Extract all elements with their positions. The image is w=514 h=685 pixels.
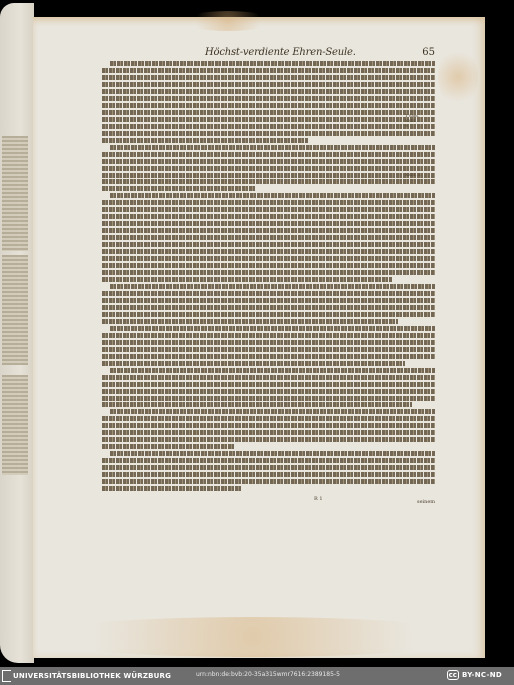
text-line — [102, 465, 435, 470]
running-title: Höchst-verdiente Ehren-Seule. — [205, 47, 356, 58]
scanned-page: Höchst-verdiente Ehren-Seule. 65 1 Sam. … — [33, 17, 485, 658]
text-line — [110, 451, 435, 456]
document-viewer: Höchst-verdiente Ehren-Seule. 65 1 Sam. … — [0, 0, 514, 667]
text-line — [102, 396, 435, 401]
signature-mark: R 1 — [314, 496, 323, 502]
text-line — [102, 340, 435, 345]
page-number: 65 — [422, 47, 435, 58]
text-line — [102, 437, 435, 442]
text-line — [102, 375, 435, 380]
bleed-through-text — [2, 255, 28, 365]
library-logo[interactable]: UNIVERSITÄTSBIBLIOTHEK WÜRZBURG — [2, 670, 171, 682]
text-line — [102, 242, 435, 247]
library-logo-icon — [2, 670, 11, 682]
text-line — [102, 444, 235, 449]
text-line — [102, 270, 435, 275]
text-line — [102, 361, 405, 366]
margin-note: 1 Sam. XXIII. 9. — [405, 113, 445, 128]
text-line — [102, 138, 308, 143]
text-line — [102, 89, 435, 94]
bleed-through-text — [2, 375, 28, 475]
text-line — [110, 193, 435, 198]
text-line — [102, 186, 255, 191]
text-line — [102, 319, 398, 324]
text-line — [102, 166, 435, 171]
bleed-through-text — [2, 136, 28, 251]
text-line — [102, 75, 435, 80]
text-line — [102, 382, 435, 387]
text-line — [102, 110, 435, 115]
urn-identifier[interactable]: urn:nbn:de:bvb:20-35a315wmr7616:2389185-… — [196, 671, 340, 678]
text-line — [102, 305, 435, 310]
text-line — [102, 277, 392, 282]
text-line — [102, 333, 435, 338]
text-line — [102, 159, 435, 164]
text-line — [110, 409, 435, 414]
paper-stain — [23, 617, 483, 657]
text-line — [102, 173, 435, 178]
text-line — [102, 347, 435, 352]
paper-stain — [438, 47, 478, 107]
library-name: UNIVERSITÄTSBIBLIOTHEK WÜRZBURG — [13, 672, 171, 680]
text-line — [102, 68, 435, 73]
margin-note: XXIII. 2. — [405, 172, 445, 177]
text-line — [102, 249, 435, 254]
text-line — [102, 152, 435, 157]
text-line — [102, 207, 435, 212]
text-line — [102, 479, 435, 484]
creative-commons-icon: cc — [447, 670, 459, 680]
running-head: Höchst-verdiente Ehren-Seule. 65 — [135, 47, 435, 61]
text-line — [102, 472, 435, 477]
text-line — [102, 214, 435, 219]
text-line — [102, 486, 242, 491]
text-line — [102, 96, 435, 101]
text-line — [102, 124, 435, 129]
text-line — [110, 145, 435, 150]
text-line — [102, 291, 435, 296]
license-text: BY-NC-ND — [462, 671, 502, 679]
text-line — [102, 416, 435, 421]
previous-page-edge — [0, 3, 34, 663]
text-line — [102, 221, 435, 226]
text-line — [110, 284, 435, 289]
text-line — [102, 179, 435, 184]
text-line — [102, 389, 435, 394]
body-text — [102, 61, 435, 495]
margin-notes: 1 Sam. XXIII. 9. XXIII. 2. — [405, 113, 445, 221]
text-line — [102, 235, 435, 240]
text-line — [102, 430, 435, 435]
text-line — [102, 117, 435, 122]
catchword: seinem — [417, 499, 435, 505]
text-line — [102, 131, 435, 136]
text-line — [102, 458, 435, 463]
text-line — [102, 354, 435, 359]
text-line — [102, 298, 435, 303]
text-line — [102, 256, 435, 261]
footer-bar: UNIVERSITÄTSBIBLIOTHEK WÜRZBURG urn:nbn:… — [0, 667, 514, 685]
text-line — [102, 103, 435, 108]
text-line — [102, 402, 412, 407]
paper-stain — [183, 11, 273, 31]
text-line — [102, 263, 435, 268]
text-line — [102, 228, 435, 233]
text-line — [102, 423, 435, 428]
text-line — [102, 312, 435, 317]
text-line — [110, 326, 435, 331]
license-badge[interactable]: cc BY-NC-ND — [447, 670, 502, 680]
text-line — [110, 368, 435, 373]
text-line — [102, 82, 435, 87]
text-line — [102, 200, 435, 205]
text-line — [110, 61, 435, 66]
